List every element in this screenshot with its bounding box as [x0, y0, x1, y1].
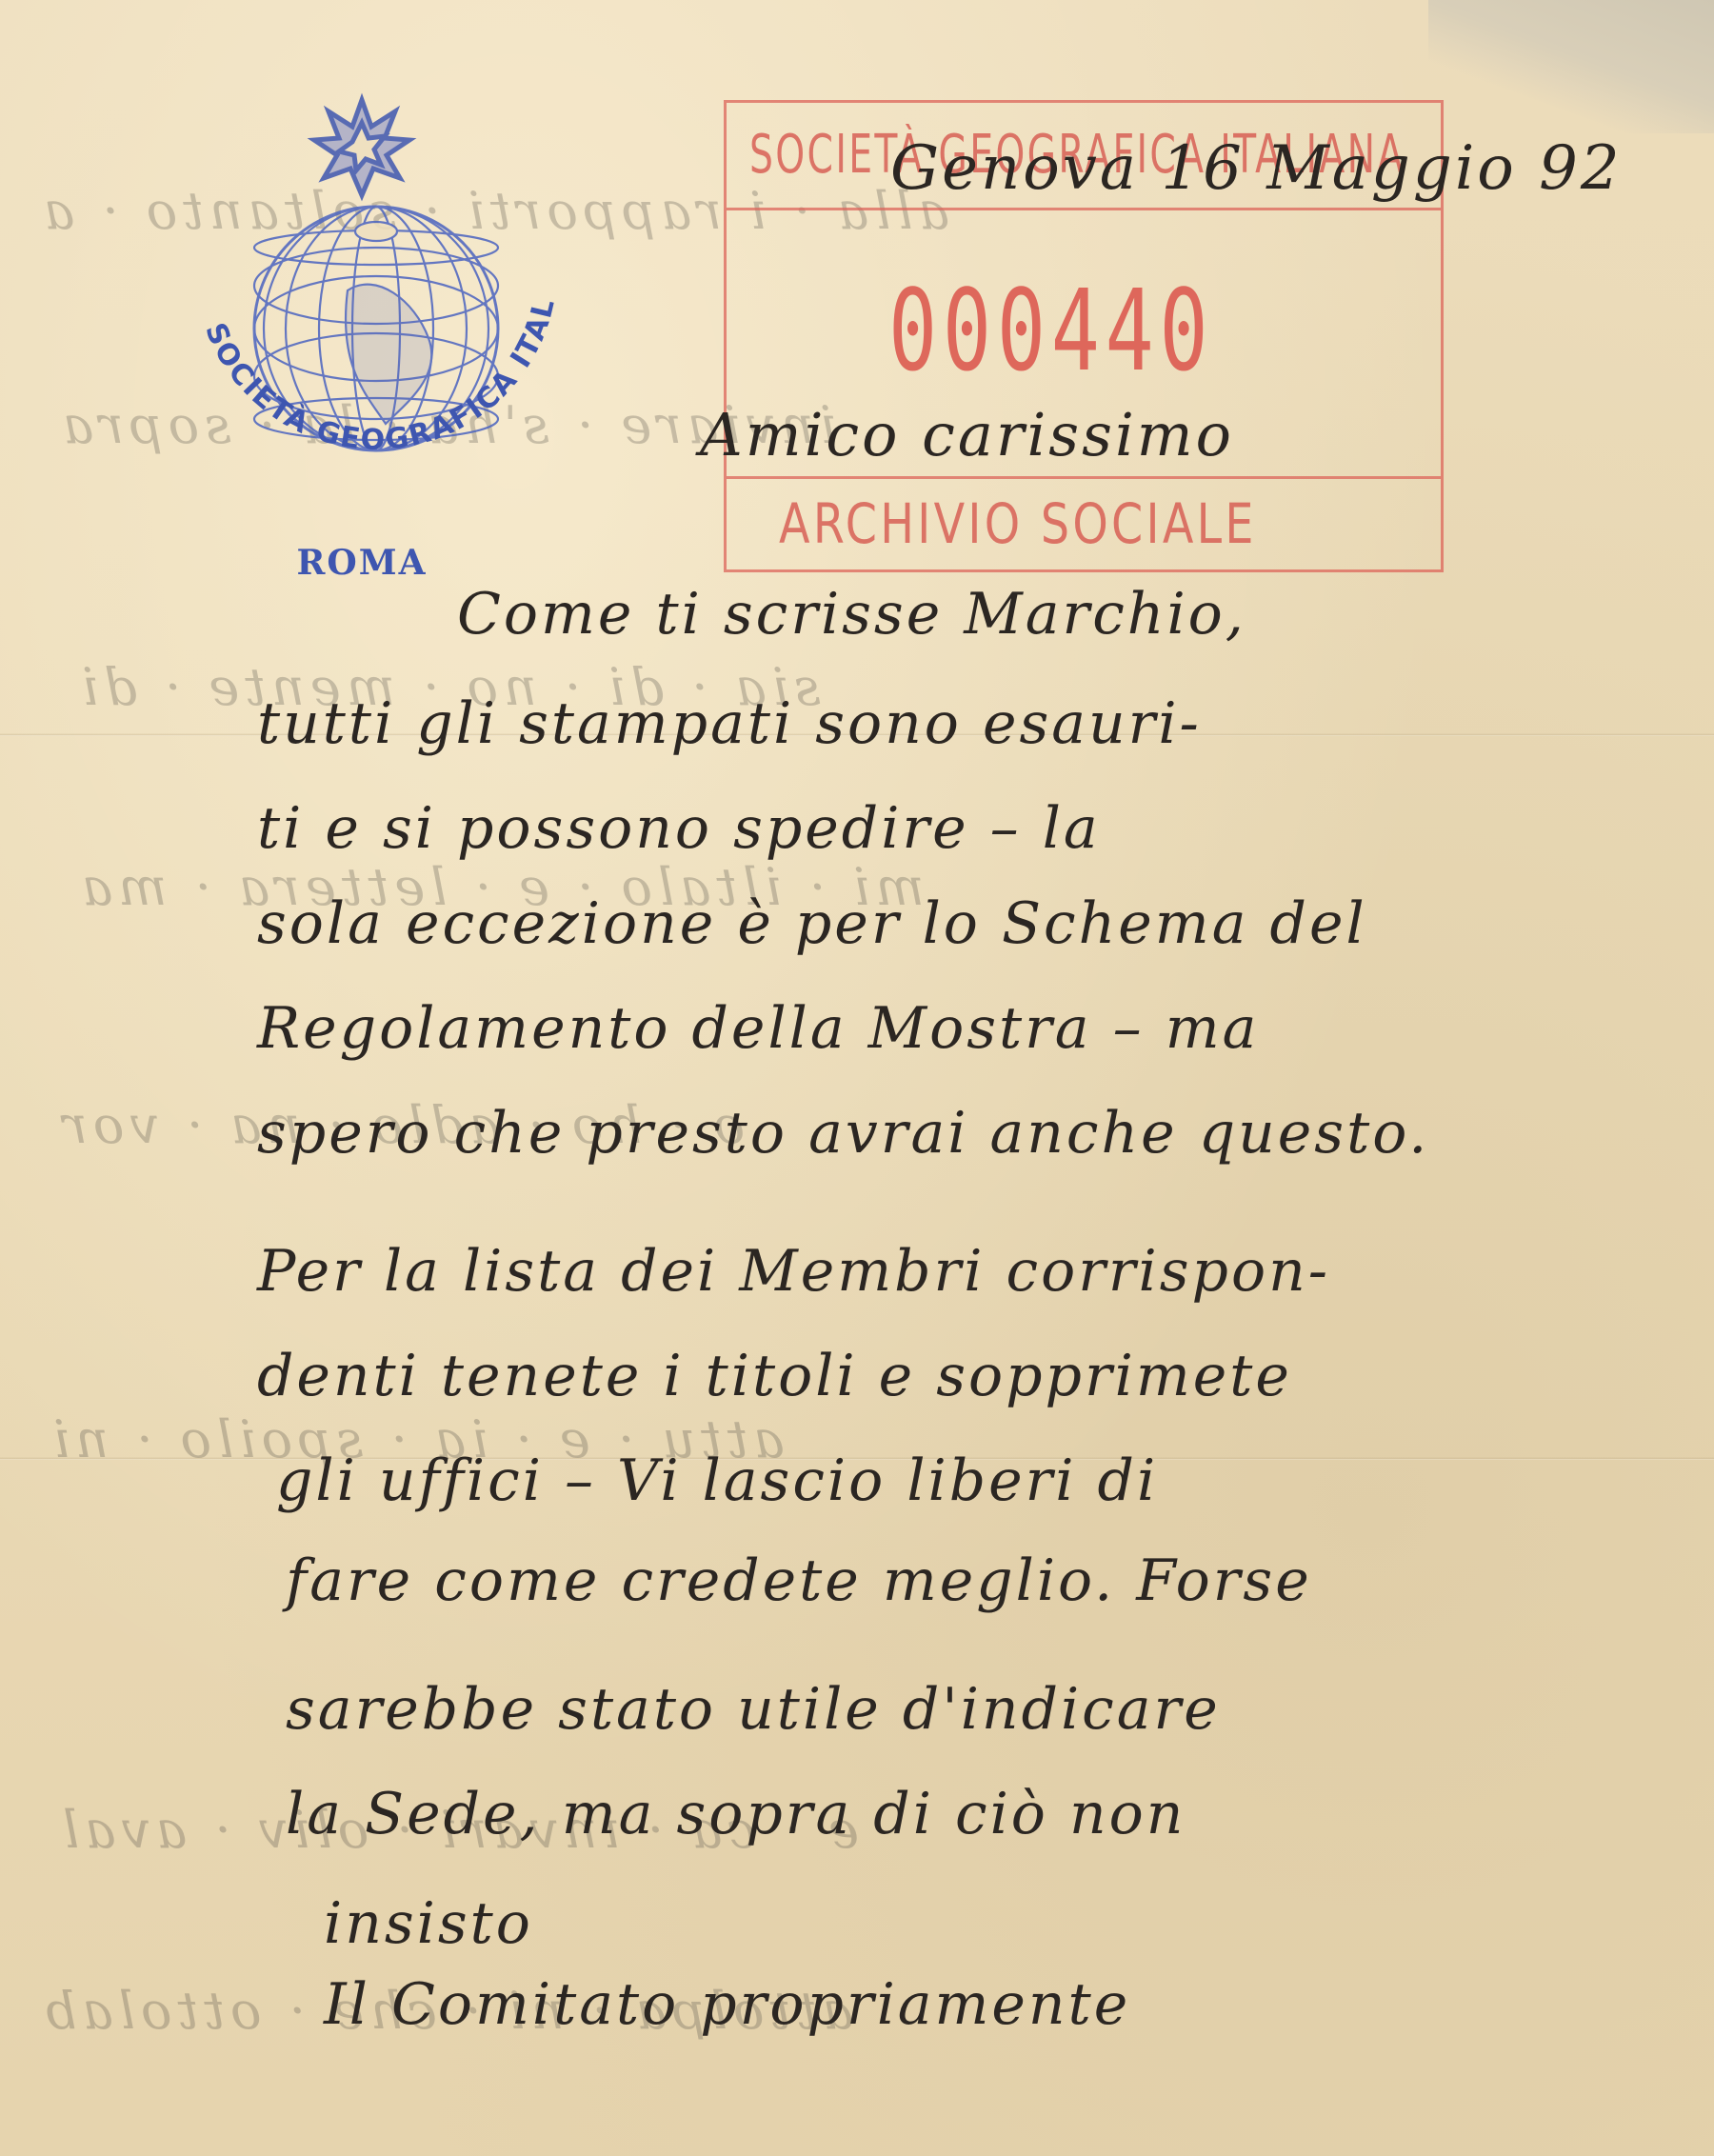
- letter-line: Regolamento della Mostra – ma: [257, 995, 1259, 1062]
- stamp-footer: ARCHIVIO SOCIALE: [779, 491, 1257, 556]
- letter-line: sola eccezione è per lo Schema del: [257, 890, 1367, 957]
- letter-line: spero che presto avrai anche questo.: [257, 1100, 1429, 1167]
- letter-line: fare come credete meglio. Forse: [286, 1547, 1312, 1614]
- globe-with-star-icon: SOCIETÀ GEOGRAFICA ITALIANA: [162, 90, 581, 605]
- letter-line: Il Comitato propriamente: [324, 1971, 1130, 2038]
- letter-line: ti e si possono spedire – la: [257, 795, 1101, 862]
- letter-line: denti tenete i titoli e sopprimete: [257, 1343, 1292, 1409]
- letter-date: Genova 16 Maggio 92: [890, 133, 1623, 204]
- folded-corner: [1428, 0, 1714, 133]
- society-logo: SOCIETÀ GEOGRAFICA ITALIANA: [162, 90, 581, 605]
- letter-line: tutti gli stampati sono esauri-: [257, 690, 1202, 757]
- stamp-number: 000440: [888, 265, 1213, 396]
- letter-sheet: alla · i rapporti · soltanto · a inviare…: [0, 0, 1714, 2156]
- letter-salutation: Amico carissimo: [700, 400, 1234, 469]
- letter-line: insisto: [324, 1890, 533, 1957]
- letter-line: gli uffici – Vi lascio liberi di: [276, 1447, 1158, 1514]
- letter-line: Per la lista dei Membri corrispon-: [257, 1238, 1330, 1305]
- letter-line: Come ti scrisse Marchio,: [457, 581, 1246, 648]
- letter-line: la Sede, ma sopra di ciò non: [286, 1781, 1186, 1847]
- logo-city: ROMA: [286, 543, 438, 583]
- stamp-bottom-row: ARCHIVIO SOCIALE: [727, 476, 1441, 569]
- letter-line: sarebbe stato utile d'indicare: [286, 1676, 1221, 1743]
